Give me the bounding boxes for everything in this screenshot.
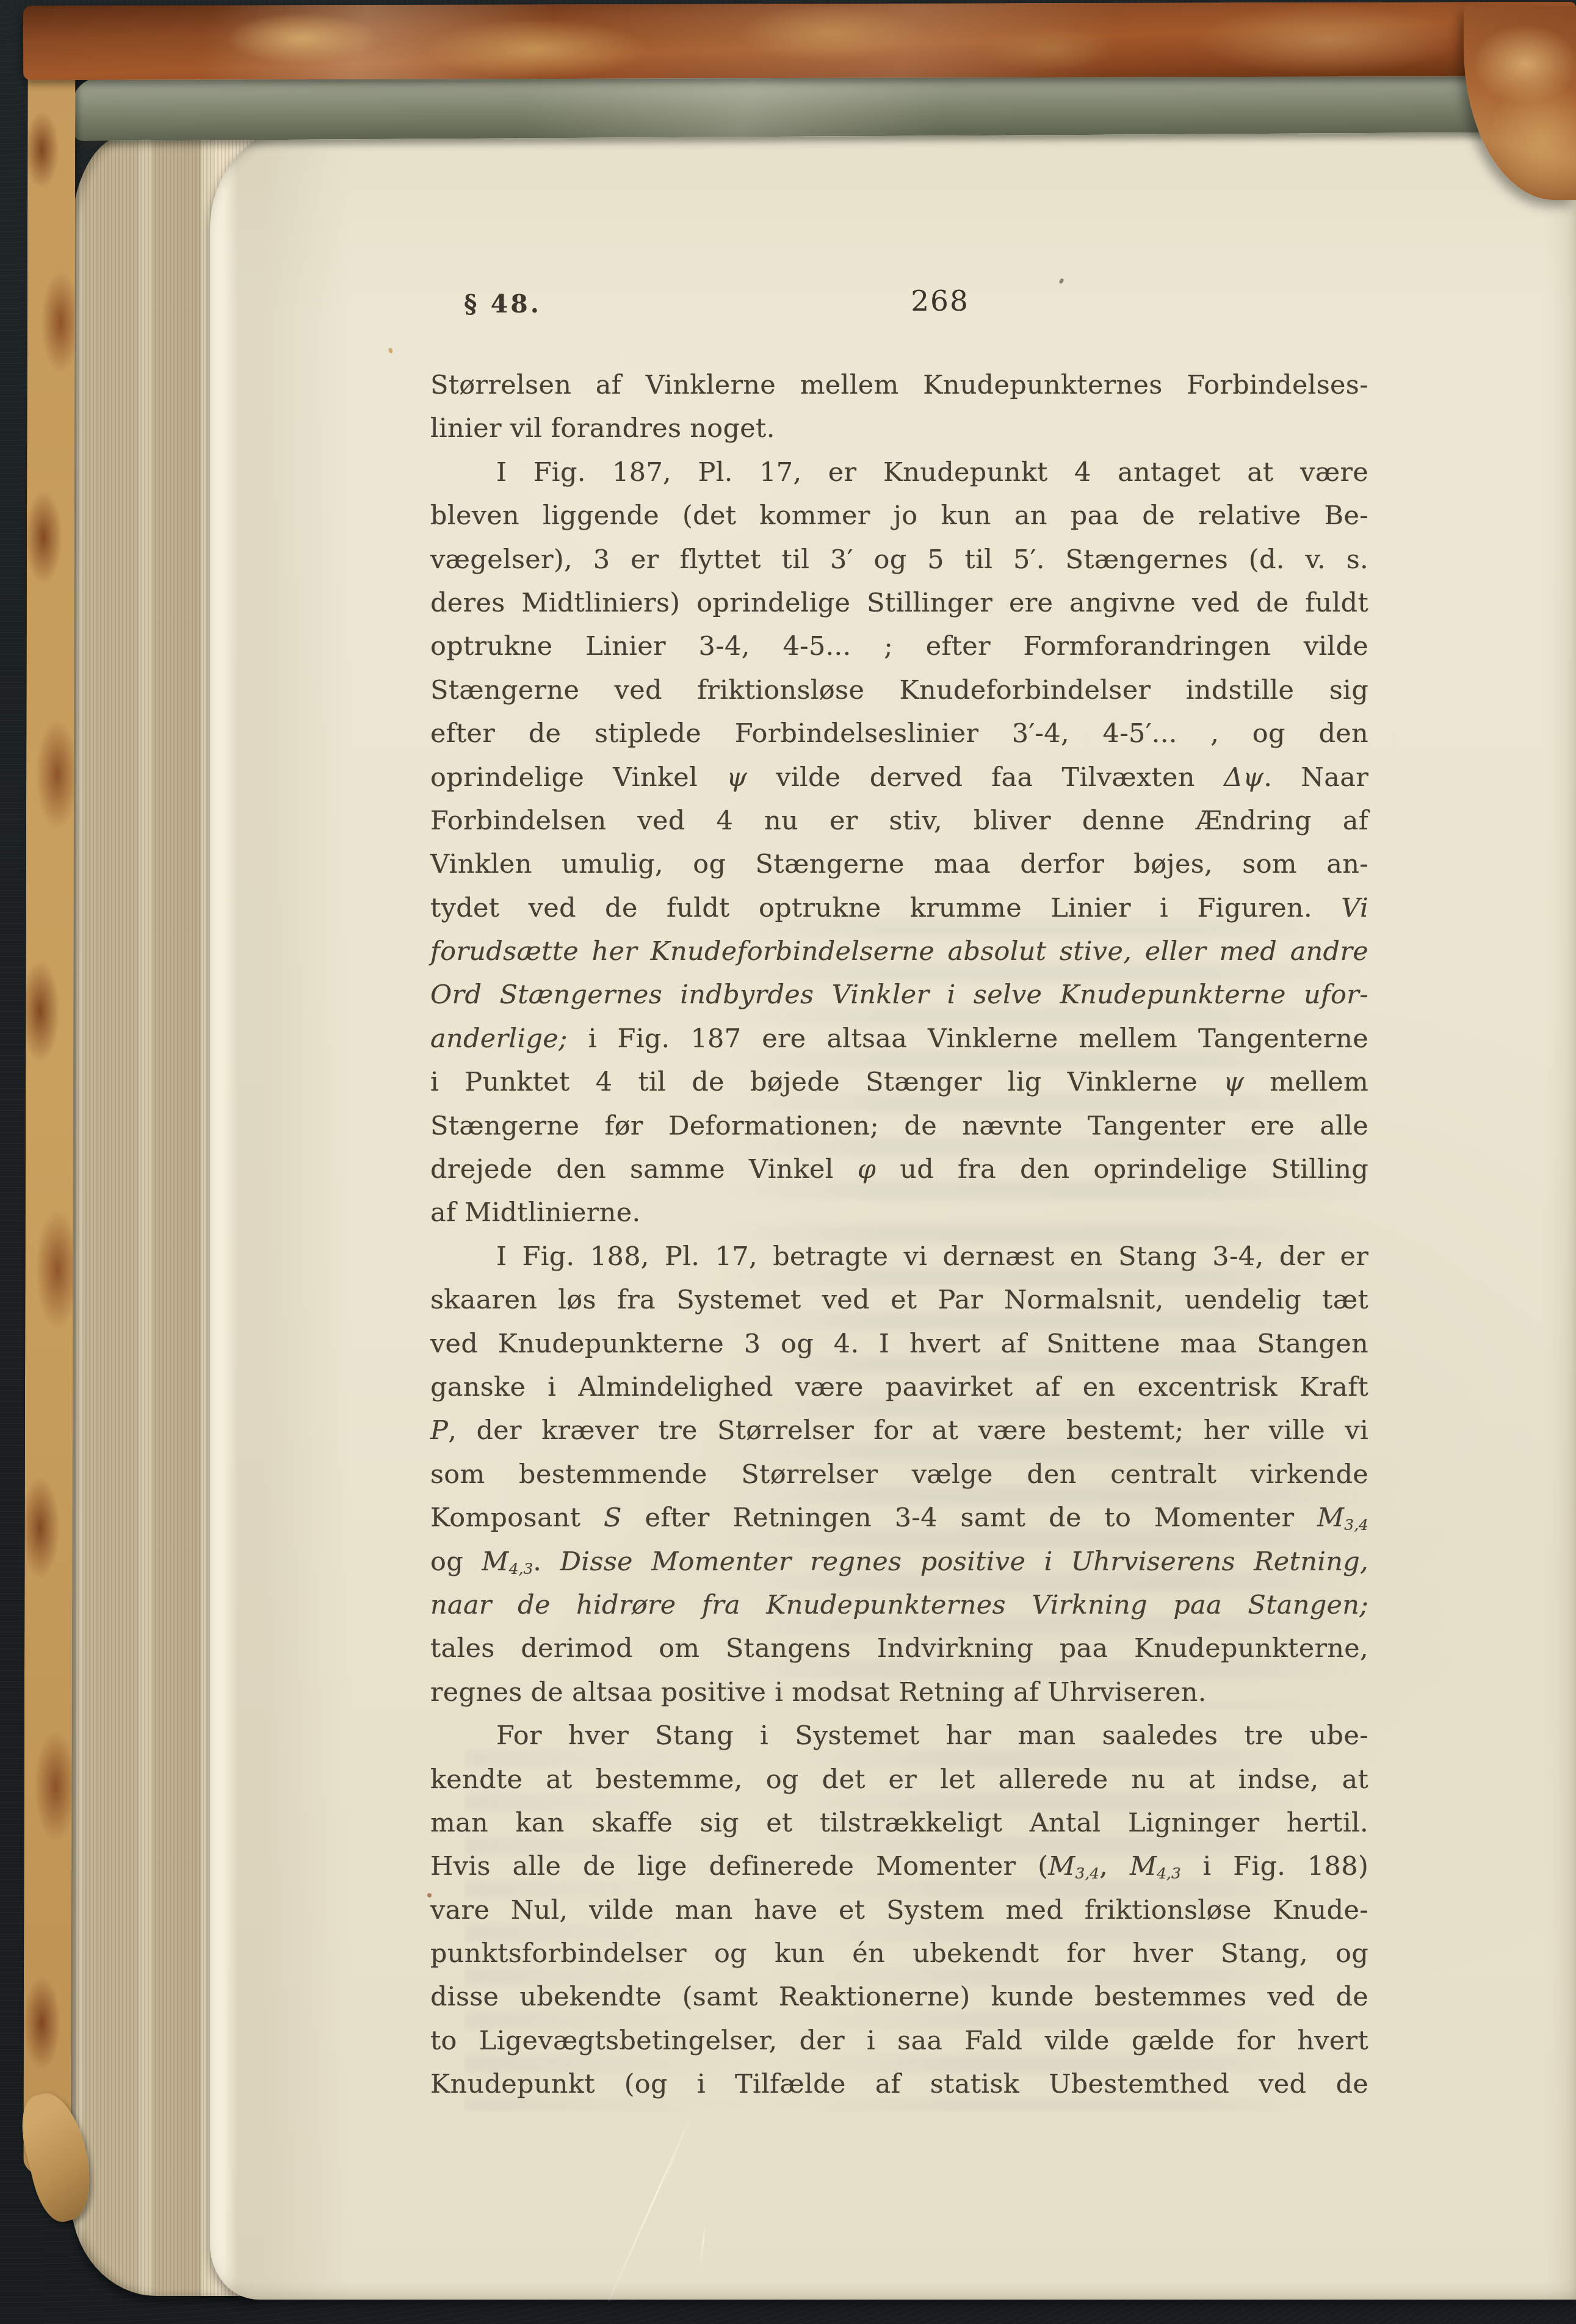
text-line: Forbindelsen ved 4 nu er stiv, bliver de… — [430, 799, 1368, 843]
text-line: Komposant S efter Retningen 3-4 samt de … — [430, 1496, 1368, 1540]
text-line: deres Midtliniers) oprindelige Stillinge… — [430, 582, 1368, 625]
text-line: Knudepunkt (og i Tilfælde af statisk Ube… — [430, 2063, 1368, 2106]
text-line: bleven liggende (det kommer jo kun an pa… — [430, 494, 1368, 538]
text-line: optrukne Linier 3-4, 4-5... ; efter Form… — [430, 625, 1368, 668]
text-line: Hvis alle de lige definerede Momenter (M… — [430, 1845, 1368, 1888]
text-line: tales derimod om Stangens Indvirkning pa… — [430, 1627, 1368, 1670]
text-line: Stængerne før Deformationen; de nævnte T… — [430, 1105, 1368, 1148]
page-number: 268 — [874, 284, 1006, 318]
text-line: forudsætte her Knudeforbindelserne absol… — [430, 930, 1368, 973]
text-line: man kan skaffe sig et tilstrækkeligt Ant… — [430, 1802, 1368, 1845]
text-line: af Midtlinierne. — [430, 1191, 1368, 1235]
text-line: Ord Stængernes indbyrdes Vinkler i selve… — [430, 973, 1368, 1017]
book-cover-leather-top — [23, 2, 1576, 81]
text-line: punktsforbindelser og kun én ubekendt fo… — [430, 1932, 1368, 1976]
text-line: vare Nul, vilde man have et System med f… — [430, 1889, 1368, 1932]
text-line: efter de stiplede Forbindelseslinier 3′-… — [430, 712, 1368, 756]
text-line: regnes de altsaa positive i modsat Retni… — [430, 1671, 1368, 1714]
text-line: som bestemmende Størrelser vælge den cen… — [430, 1453, 1368, 1496]
text-line: For hver Stang i Systemet har man saaled… — [430, 1714, 1368, 1758]
text-line: i Punktet 4 til de bøjede Stænger lig Vi… — [430, 1061, 1368, 1104]
text-line: ganske i Almindelighed være paavirket af… — [430, 1366, 1368, 1409]
text-line: Størrelsen af Vinklerne mellem Knudepunk… — [430, 364, 1368, 407]
page-text: Størrelsen af Vinklerne mellem Knudepunk… — [430, 364, 1368, 2107]
text-line: I Fig. 188, Pl. 17, betragte vi dernæst … — [430, 1235, 1368, 1279]
text-line: skaaren løs fra Systemet ved et Par Norm… — [430, 1279, 1368, 1322]
text-line: oprindelige Vinkel ψ vilde derved faa Ti… — [430, 756, 1368, 799]
text-line: anderlige; i Fig. 187 ere altsaa Vinkler… — [430, 1017, 1368, 1061]
section-heading: § 48. — [464, 289, 541, 319]
text-line: ved Knudepunkterne 3 og 4. I hvert af Sn… — [430, 1323, 1368, 1366]
text-line: kendte at bestemme, og det er let allere… — [430, 1758, 1368, 1802]
text-line: to Ligevægtsbetingelser, der i saa Fald … — [430, 2019, 1368, 2063]
text-line: og M4,3. Disse Momenter regnes positive … — [430, 1540, 1368, 1584]
text-line: Vinklen umulig, og Stængerne maa derfor … — [430, 843, 1368, 886]
text-line: naar de hidrøre fra Knudepunkternes Virk… — [430, 1584, 1368, 1627]
text-line: Stængerne ved friktionsløse Knudeforbind… — [430, 669, 1368, 712]
text-line: drejede den samme Vinkel φ ud fra den op… — [430, 1148, 1368, 1191]
text-line: P, der kræver tre Størrelser for at være… — [430, 1409, 1368, 1453]
text-line: tydet ved de fuldt optrukne krumme Linie… — [430, 887, 1368, 930]
text-line: linier vil forandres noget. — [430, 407, 1368, 450]
dust-speck — [427, 1893, 432, 1897]
text-line: disse ubekendte (samt Reaktionerne) kund… — [430, 1976, 1368, 2019]
book-scan: § 48. 268 Størrelsen af Vinklerne mellem… — [0, 0, 1576, 2324]
text-line: I Fig. 187, Pl. 17, er Knudepunkt 4 anta… — [430, 451, 1368, 494]
text-line: vægelser), 3 er flyttet til 3′ og 5 til … — [430, 538, 1368, 582]
book-spine-leather — [23, 21, 75, 2174]
